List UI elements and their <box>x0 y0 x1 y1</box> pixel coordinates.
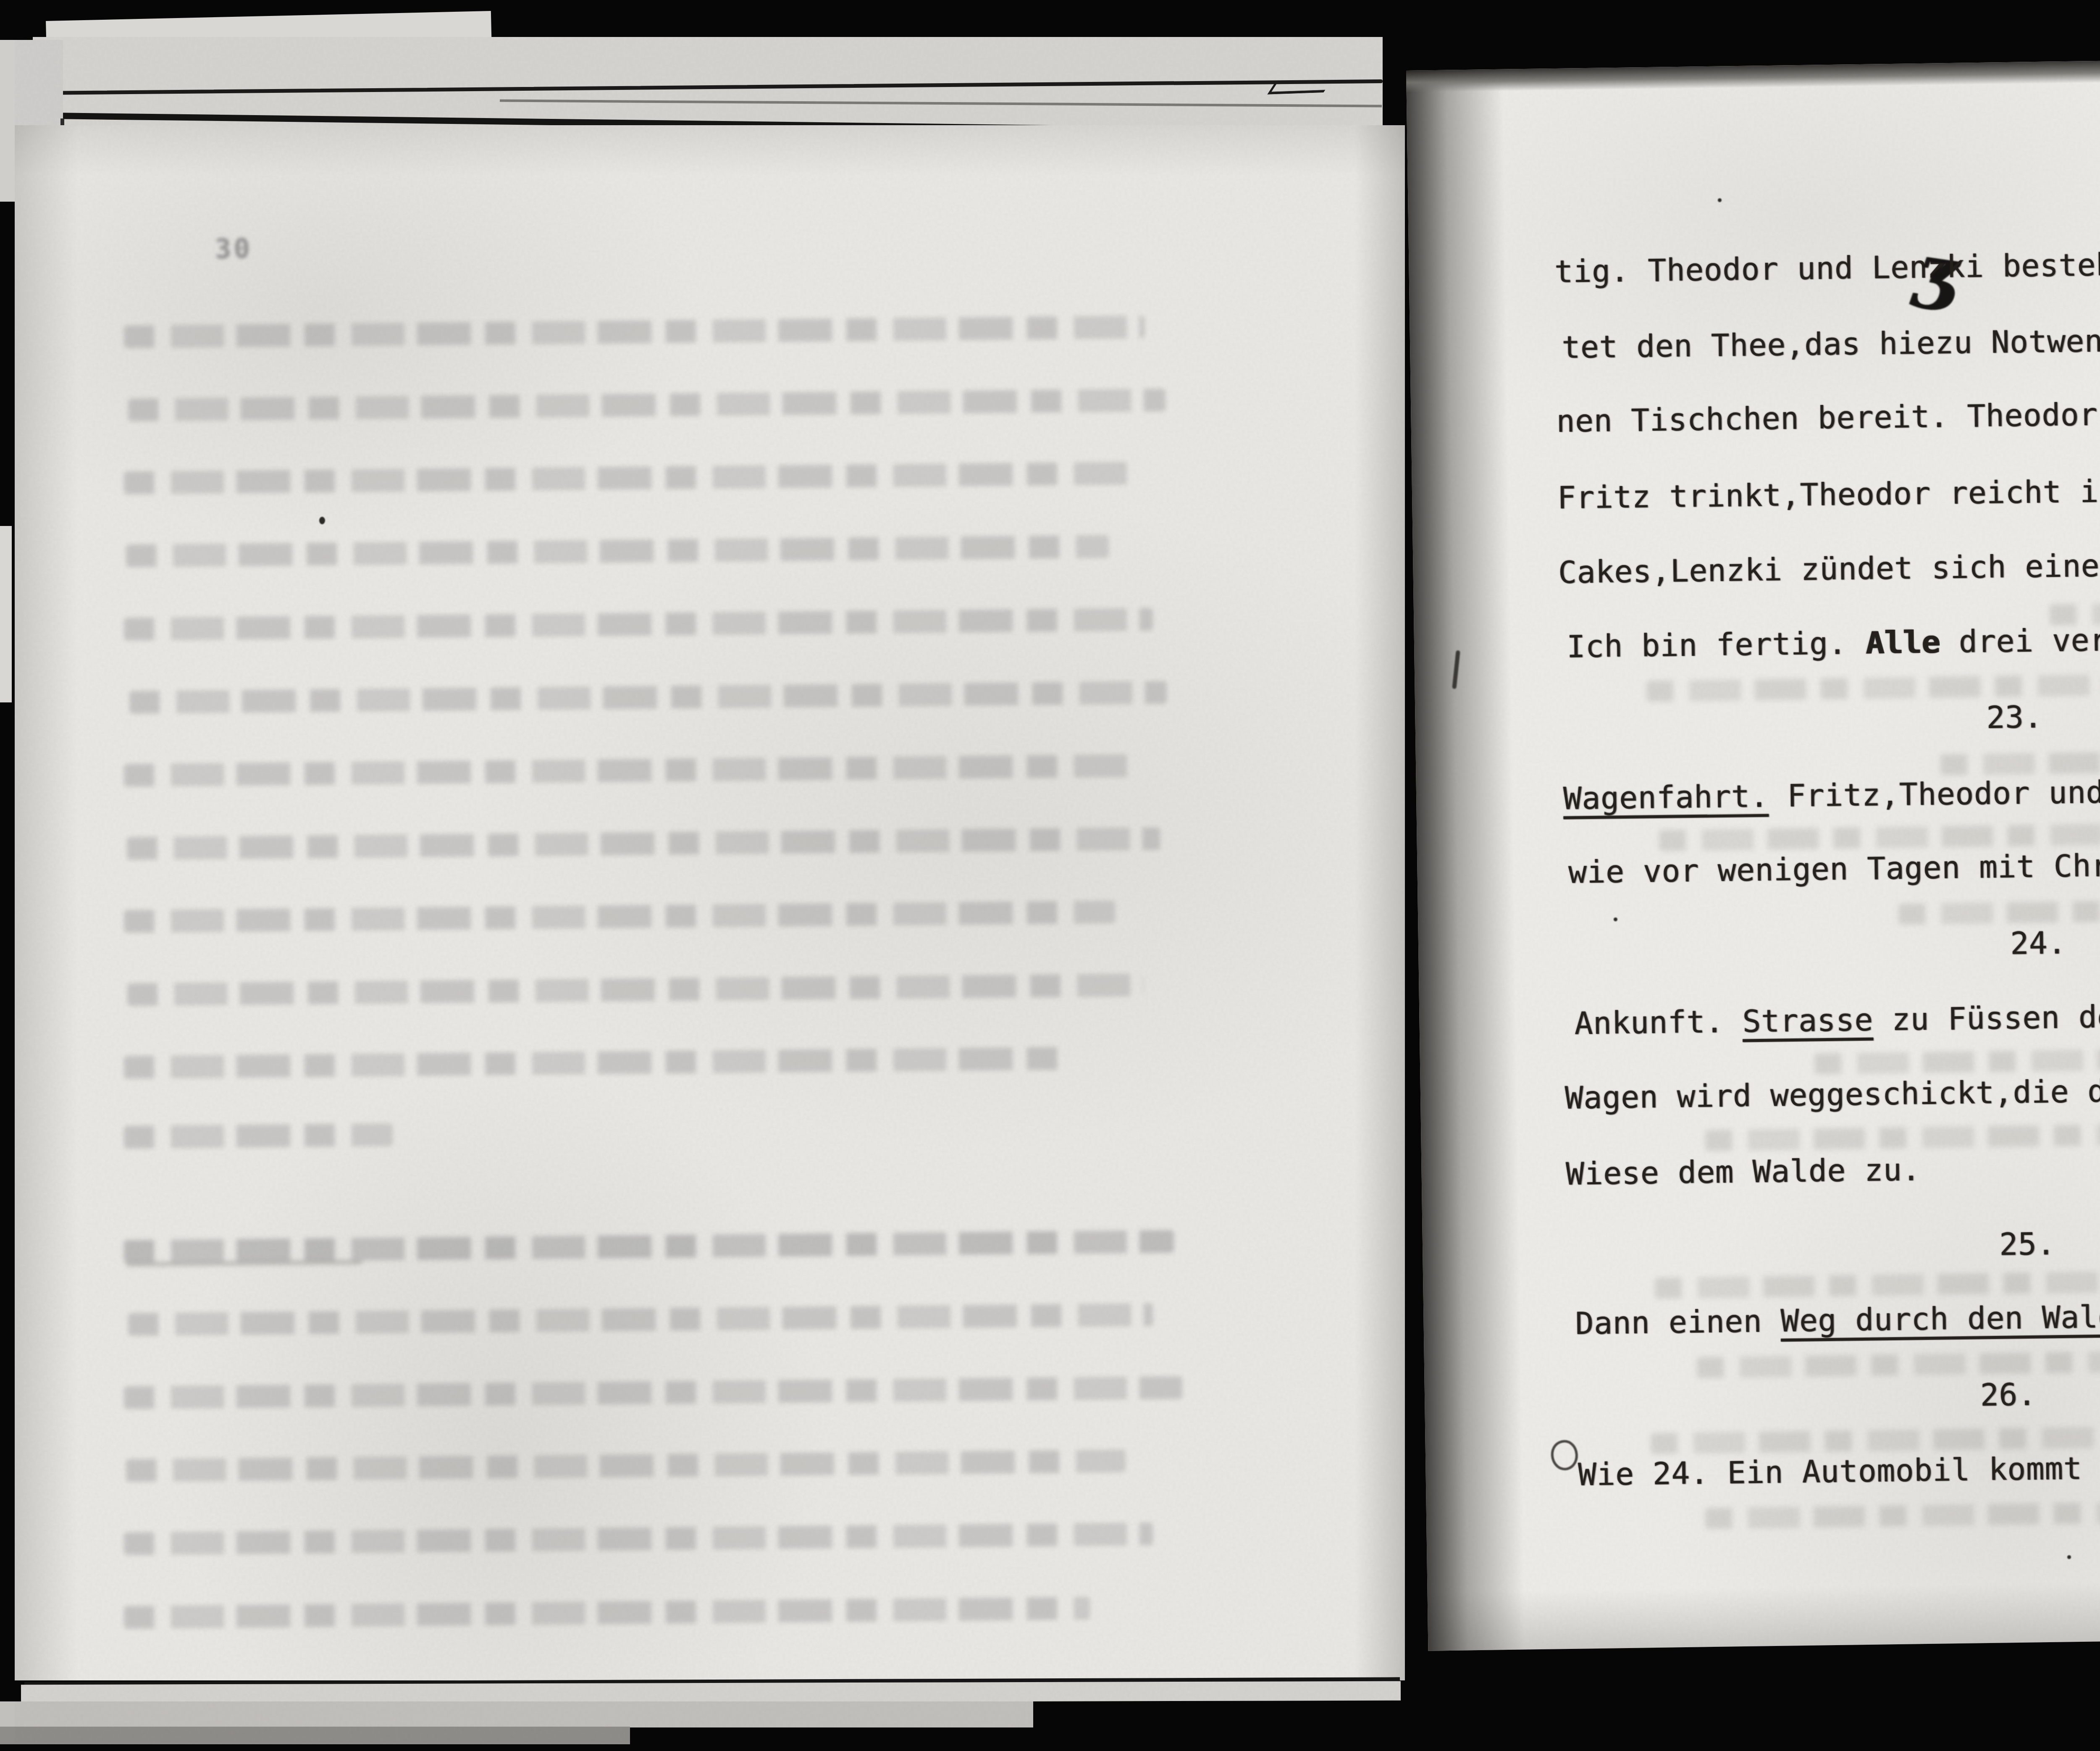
typed-segment: Wiese dem Walde zu. <box>1566 1152 1921 1192</box>
left-page-bottom-stack-sheet <box>21 1681 1401 1704</box>
typed-line: 24. <box>2010 899 2100 981</box>
typed-line: Ich bin fertig. Alle drei verlassen das … <box>1566 597 2100 685</box>
typed-segment: Strasse <box>1742 1002 1873 1040</box>
typed-segment: 25. <box>1999 1226 2055 1263</box>
typed-segment: tet den Thee,das hiezu Notwendige steht … <box>1562 318 2100 365</box>
typed-segment: Weg durch den Wald <box>1780 1299 2100 1339</box>
typed-segment: 26. <box>1980 1377 2036 1413</box>
typed-segment: zʒ <box>1928 249 1947 285</box>
typed-line: Wagen wird weggeschickt,die drei Herren … <box>1564 1048 2100 1136</box>
typed-line: Wagenfahrt. Fritz,Theodor und Lenzki der… <box>1563 749 2100 836</box>
faint-text-line <box>124 1123 393 1149</box>
left-page-bottom-stack-sheet <box>0 1727 630 1744</box>
typed-segment: Fritz,Theodor und Len <box>1768 774 2100 815</box>
right-page-top-edge <box>1406 52 2100 92</box>
typed-segment: tig. Theodor und Len <box>1554 250 1928 290</box>
ink-speck <box>1718 198 1722 202</box>
typed-line: Dann einen Weg durch den Wald bis zu ein… <box>1575 1273 2100 1362</box>
ink-speck <box>319 517 325 524</box>
typed-segment: Dann einen <box>1575 1303 1781 1341</box>
left-edge-paper-sliver <box>0 526 12 702</box>
right-page-typed-text: tig. Theodor und Lenzʒki bestehen darauf… <box>1554 221 2100 1513</box>
typed-segment: zu Füssen der Wiese <box>1873 997 2100 1038</box>
typed-line: wie vor wenigen Tagen mit Christine und … <box>1568 822 2100 910</box>
ink-speck <box>2067 1555 2071 1559</box>
typed-line: tet den Thee,das hiezu Notwendige steht … <box>1561 298 2100 385</box>
typed-segment: drei verlassen das Zimmer. <box>1940 618 2100 660</box>
typed-line: Cakes,Lenzki zündet sich eine Zigarette … <box>1558 522 2100 610</box>
typed-line: Ankunft. Strasse zu Füssen der Wiese aus… <box>1574 973 2100 1062</box>
scanned-document-spread: 30 tig. Theodor und Lenzʒki bestehen dar… <box>0 0 2100 1751</box>
typed-line: Wie 24. Ein Automobil kommt herangesaust… <box>1578 1425 2100 1513</box>
typed-line: 25. <box>1999 1200 2100 1282</box>
typed-segment: 24. <box>2010 925 2066 962</box>
typed-segment: Alle <box>1865 625 1940 661</box>
left-page-bottom-stack-sheet <box>0 1701 1033 1727</box>
typed-line: 26. <box>1980 1350 2100 1433</box>
typed-segment: 23. <box>1986 699 2042 736</box>
typed-segment: ki bestehen darauf. Theodor berei- <box>1946 241 2100 285</box>
typed-segment: Fritz trinkt,Theodor reicht ihm eine Sch… <box>1557 469 2100 516</box>
typed-segment: wie vor wenigen Tagen mit Christine und … <box>1568 844 2100 891</box>
typed-segment: Cakes,Lenzki zündet sich eine Zigarette … <box>1558 543 2100 591</box>
left-page <box>15 125 1405 1680</box>
ink-speck <box>1614 918 1617 921</box>
handwritten-squiggle-mark <box>1267 79 1332 94</box>
typed-segment: Ankunft. <box>1574 1004 1743 1042</box>
typed-segment: Wagenfahrt. <box>1563 778 1769 817</box>
typed-segment: nen Tischchen bereit. Theodor schenkt de… <box>1556 392 2100 439</box>
typed-segment: Ich bin fertig. <box>1567 626 1866 665</box>
typed-line: Fritz trinkt,Theodor reicht ihm eine Sch… <box>1557 448 2100 536</box>
typed-line: nen Tischchen bereit. Theodor schenkt de… <box>1556 371 2100 459</box>
left-page-number: 30 <box>215 233 252 265</box>
typed-line: Wiese dem Walde zu. <box>1565 1124 2100 1212</box>
typed-segment: Wie 24. Ein Automobil kommt herangesaust… <box>1578 1445 2100 1493</box>
typed-line: tig. Theodor und Lenzʒki bestehen darauf… <box>1554 221 2100 310</box>
typed-line: 23. <box>1986 673 2100 755</box>
typed-segment: Wagen wird weggeschickt,die drei Herren … <box>1564 1068 2100 1116</box>
